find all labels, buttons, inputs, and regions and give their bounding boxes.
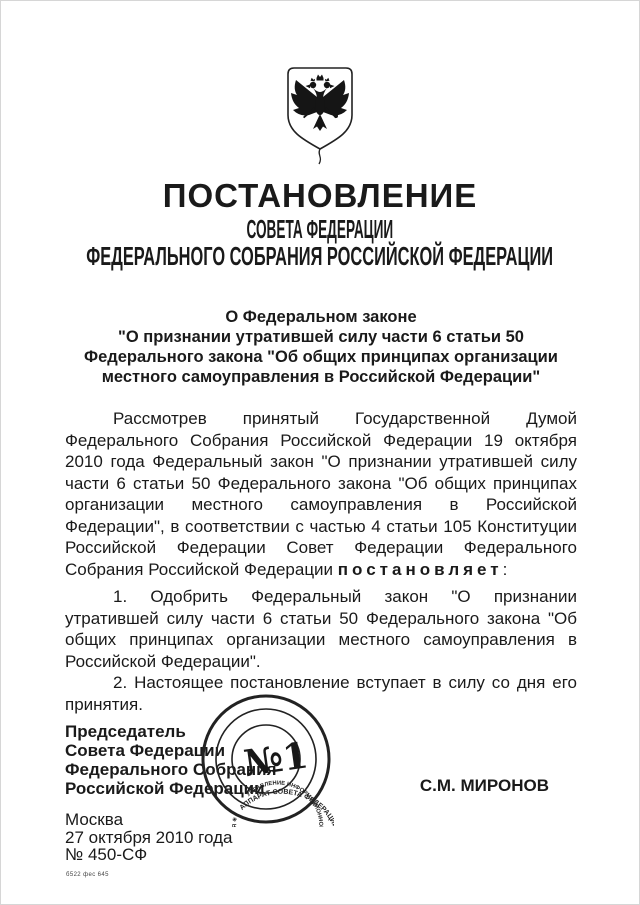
document-subject: О Федеральном законе "О признании утрати… <box>65 307 577 387</box>
document-title: ПОСТАНОВЛЕНИЕ <box>1 179 639 212</box>
preamble-text: Рассмотрев принятый Государственной Думо… <box>65 409 577 579</box>
subject-line: местного самоуправления в Российской Фед… <box>65 367 577 387</box>
round-seal-stamp: АППАРАТ СОВЕТА ФЕДЕРАЦИИ ФЕДЕРАЛЬНОГО СО… <box>198 691 334 827</box>
issue-city: Москва <box>65 811 232 829</box>
issue-date: 27 октября 2010 года <box>65 829 232 847</box>
stamp-number: №1 <box>241 734 310 785</box>
print-order-code: б522 фес 645 <box>66 872 109 878</box>
preamble-paragraph: Рассмотрев принятый Государственной Думо… <box>65 408 577 580</box>
preamble: Рассмотрев принятый Государственной Думо… <box>65 408 577 580</box>
coat-of-arms-icon <box>283 65 357 167</box>
resolves-word: постановляет <box>338 560 503 579</box>
org-name-line2: ФЕДЕРАЛЬНОГО СОБРАНИЯ РОССИЙСКОЙ ФЕДЕРАЦ… <box>1 244 639 264</box>
subject-line: О Федеральном законе <box>65 307 577 327</box>
issue-details: Москва 27 октября 2010 года № 450-СФ <box>65 811 232 864</box>
issue-number: № 450-СФ <box>65 846 232 864</box>
subject-line: "О признании утратившей силу части 6 ста… <box>65 327 577 347</box>
org-name-line1: СОВЕТА ФЕДЕРАЦИИ <box>1 217 639 237</box>
decree-document-page: ПОСТАНОВЛЕНИЕ СОВЕТА ФЕДЕРАЦИИ ФЕДЕРАЛЬН… <box>0 0 640 905</box>
subject-line: Федерального закона "Об общих принципах … <box>65 347 577 367</box>
resolution-item-1: 1. Одобрить Федеральный закон "О признан… <box>65 586 577 672</box>
double-headed-eagle-icon <box>291 75 349 132</box>
colon: : <box>503 560 508 579</box>
